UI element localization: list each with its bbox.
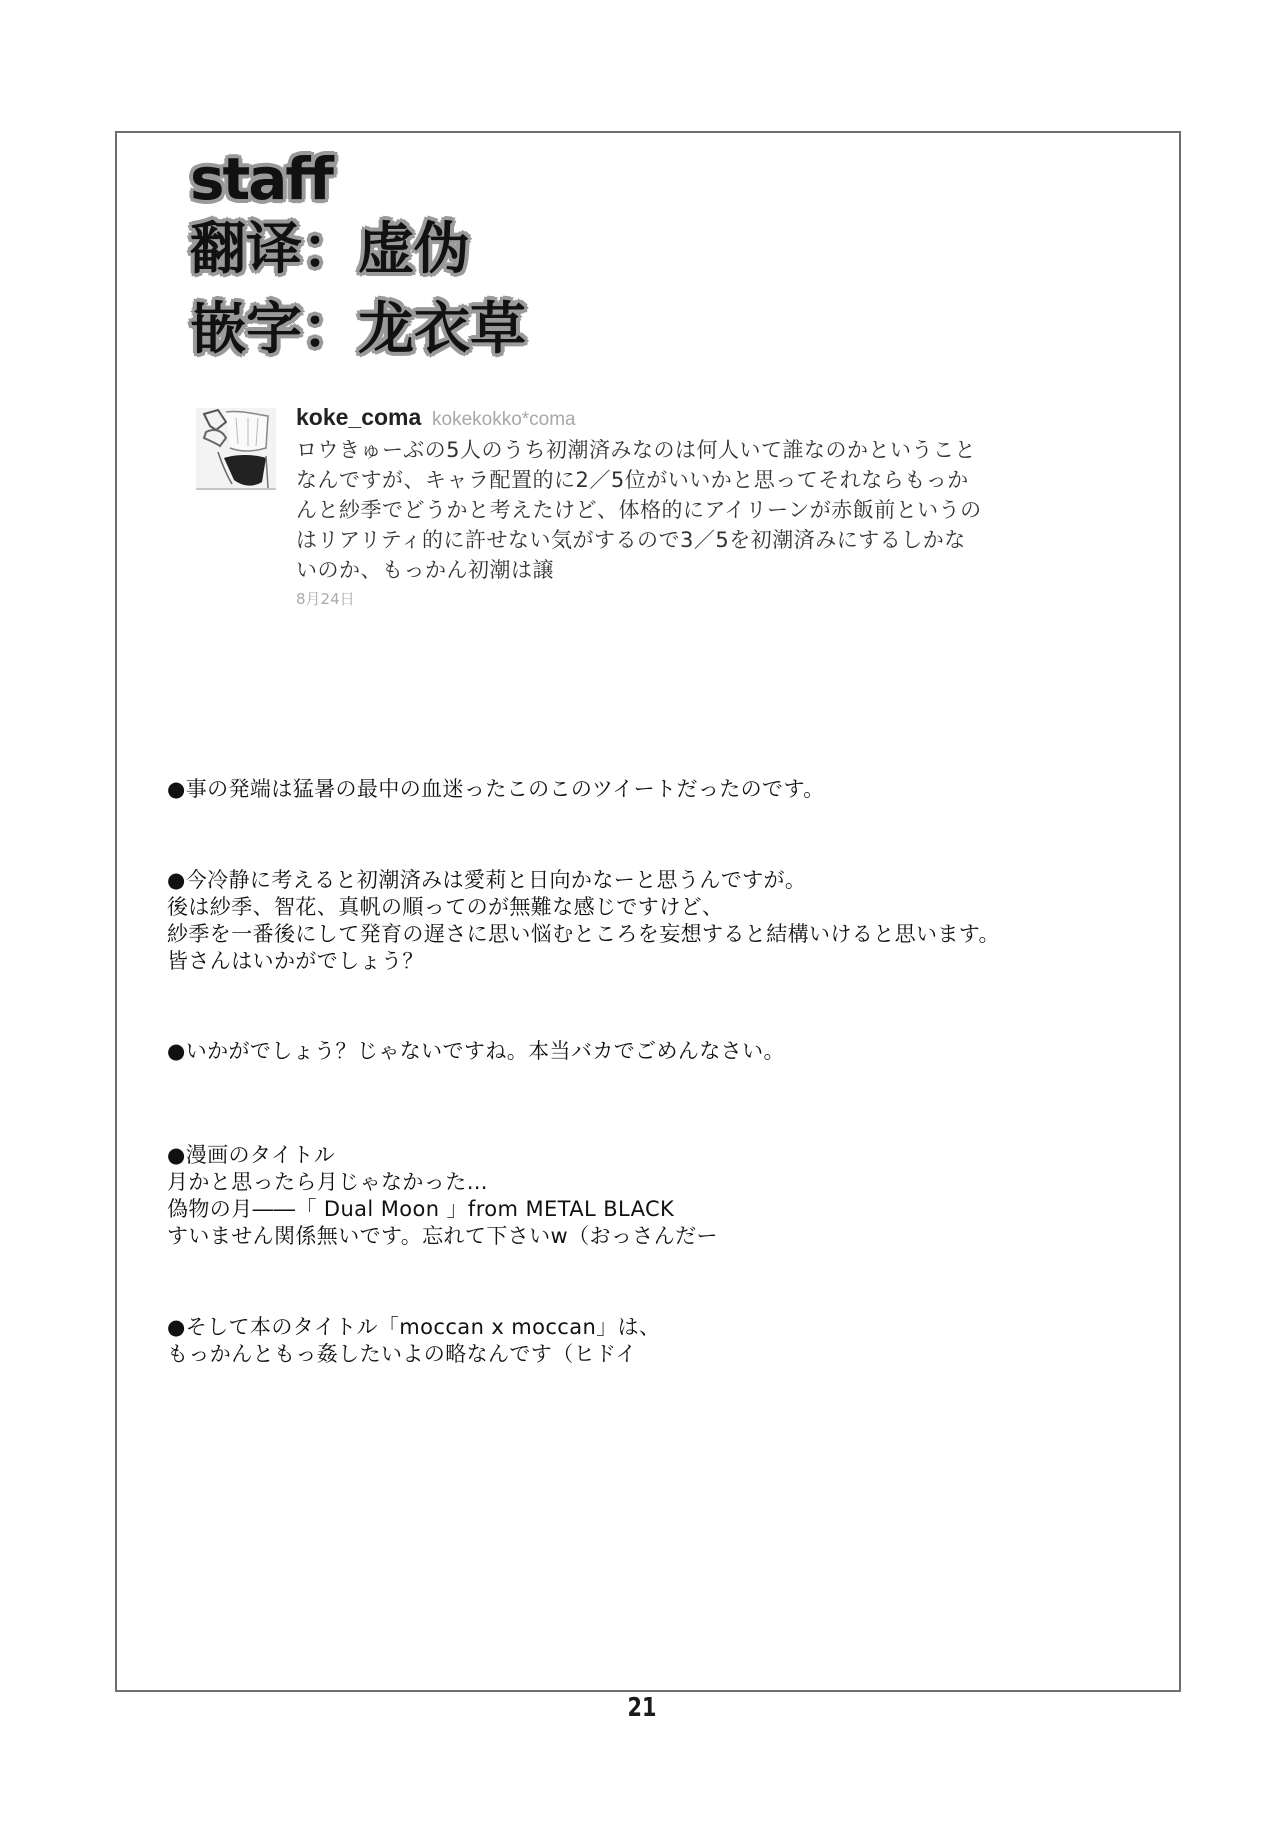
- tweet-username: koke_coma: [296, 404, 421, 430]
- note-line: 偽物の月――「 Dual Moon 」from METAL BLACK: [167, 1196, 718, 1223]
- tweet-display-name: kokekokko*coma: [432, 409, 576, 430]
- note-line: ●事の発端は猛暑の最中の血迷ったこのこのツイートだったのです。: [167, 776, 825, 803]
- tweet-text-line: ロウきゅーぶの5人のうち初潮済みなのは何人いて誰なのかということ: [296, 435, 1086, 465]
- note-menarche-order: ●今冷静に考えると初潮済みは愛莉と日向かなーと思うんですが。 後は紗季、智花、真…: [167, 867, 1000, 975]
- user-avatar-illustration-icon: [196, 408, 276, 490]
- tweet-header: koke_coma kokekokko*coma: [296, 404, 1086, 433]
- note-apology: ●いかがでしょう？じゃないですね。本当バカでごめんなさい。: [167, 1038, 785, 1065]
- note-manga-title: ●漫画のタイトル 月かと思ったら月じゃなかった… 偽物の月――「 Dual Mo…: [167, 1142, 718, 1250]
- typesetting-name: 龙衣草: [358, 297, 526, 362]
- note-book-title: ●そして本のタイトル「moccan x moccan」は、 もっかんともっ姦した…: [167, 1314, 660, 1368]
- note-line: ●いかがでしょう？じゃないですね。本当バカでごめんなさい。: [167, 1038, 785, 1065]
- note-line: 皆さんはいかがでしょう？: [167, 948, 1000, 975]
- note-line: ●漫画のタイトル: [167, 1142, 718, 1169]
- note-line: すいません関係無いです。忘れて下さいw（おっさんだー: [167, 1223, 718, 1250]
- staff-translation-row: 翻译：虚伪: [190, 222, 526, 298]
- note-line: 後は紗季、智花、真帆の順ってのが無難な感じですけど、: [167, 894, 1000, 921]
- avatar: [196, 408, 276, 490]
- note-line: ●そして本のタイトル「moccan x moccan」は、: [167, 1314, 660, 1341]
- note-line: ●今冷静に考えると初潮済みは愛莉と日向かなーと思うんですが。: [167, 867, 1000, 894]
- tweet-text-line: んと紗季でどうかと考えたけど、体格的にアイリーンが赤飯前というの: [296, 495, 1086, 525]
- staff-title: staff: [190, 150, 526, 218]
- note-line: 月かと思ったら月じゃなかった…: [167, 1169, 718, 1196]
- tweet-text: ロウきゅーぶの5人のうち初潮済みなのは何人いて誰なのかということ なんですが、キ…: [296, 435, 1086, 585]
- tweet-text-line: はリアリティ的に許せない気がするので3／5を初潮済みにするしかな: [296, 525, 1086, 555]
- tweet-body: koke_coma kokekokko*coma ロウきゅーぶの5人のうち初潮済…: [296, 404, 1086, 609]
- staff-credits: staff 翻译：虚伪 嵌字：龙衣草: [190, 150, 526, 378]
- page-number: 21: [626, 1693, 658, 1723]
- note-origin: ●事の発端は猛暑の最中の血迷ったこのこのツイートだったのです。: [167, 776, 825, 803]
- note-line: もっかんともっ姦したいよの略なんです（ヒドイ: [167, 1341, 660, 1368]
- tweet-date: 8月24日: [296, 588, 1086, 609]
- translation-name: 虚伪: [358, 217, 470, 282]
- note-line: 紗季を一番後にして発育の遅さに思い悩むところを妄想すると結構いけると思います。: [167, 921, 1000, 948]
- staff-typesetting-row: 嵌字：龙衣草: [190, 302, 526, 378]
- typesetting-label: 嵌字：: [190, 297, 358, 362]
- tweet-text-line: いのか、もっかん初潮は譲: [296, 555, 1086, 585]
- tweet-text-line: なんですが、キャラ配置的に2／5位がいいかと思ってそれならもっか: [296, 465, 1086, 495]
- translation-label: 翻译：: [190, 217, 358, 282]
